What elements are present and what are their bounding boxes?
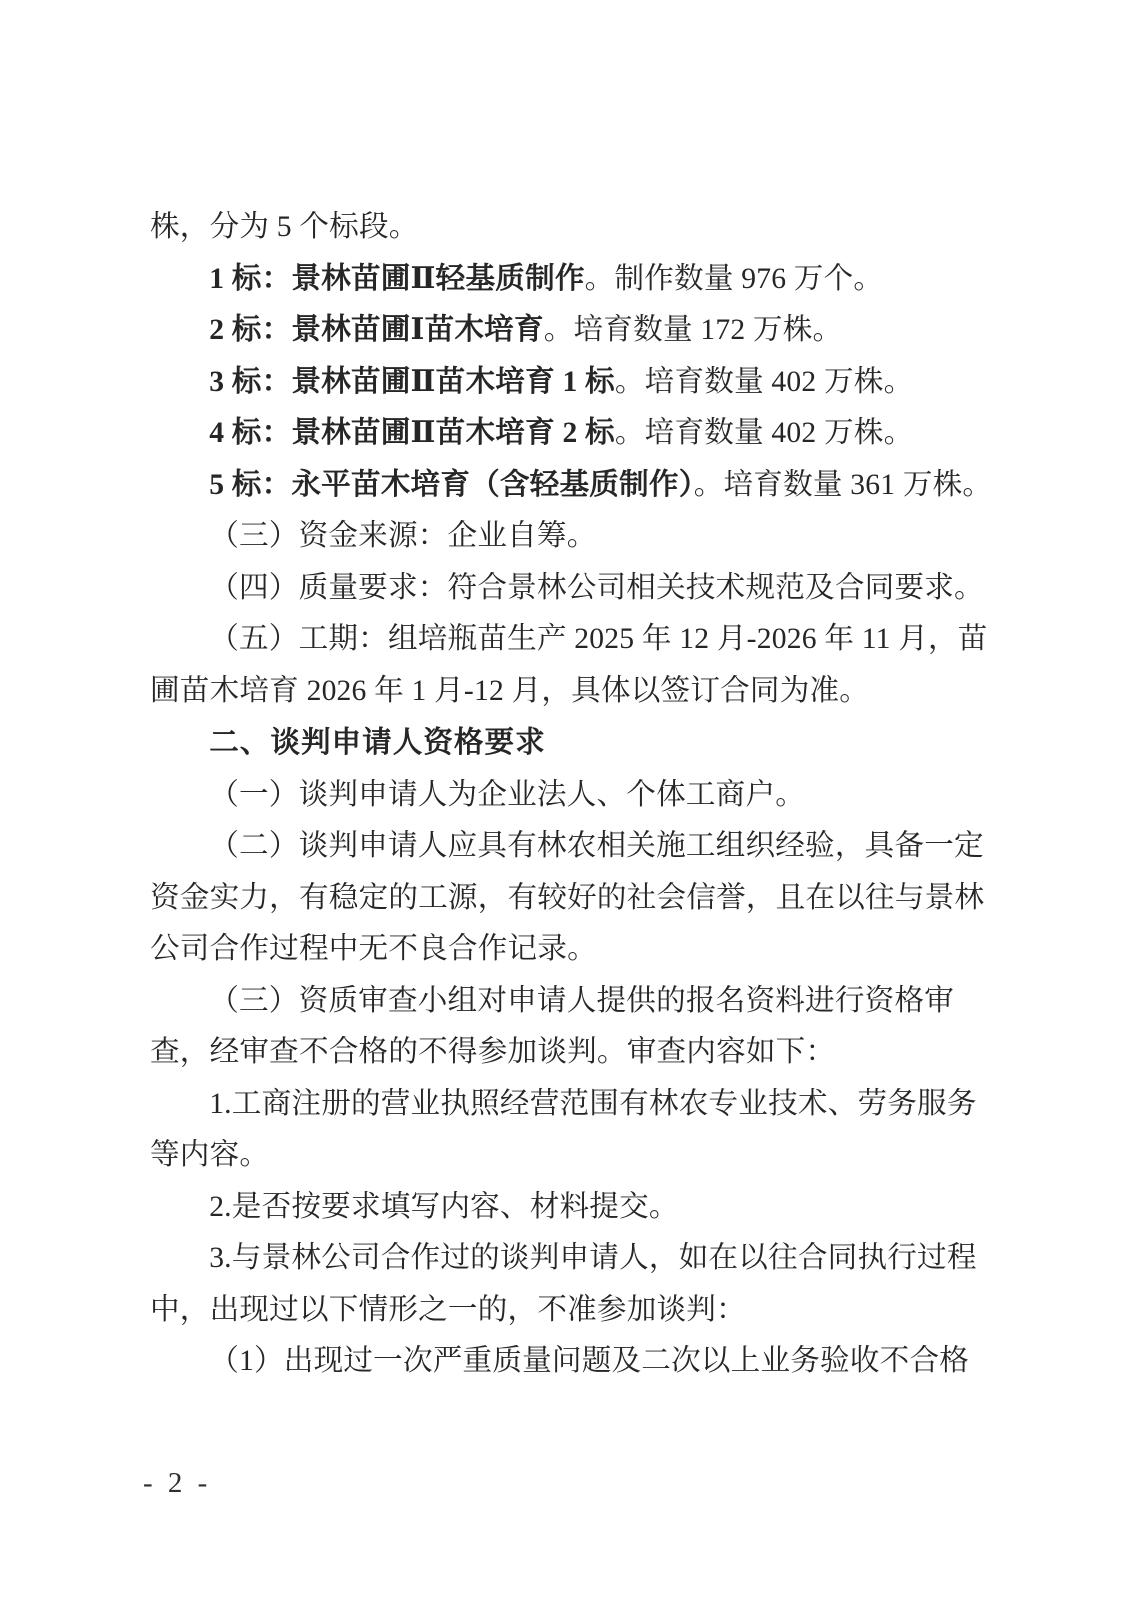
- text-line: （三）资质审查小组对申请人提供的报名资料进行资格审: [150, 976, 1030, 1028]
- text-line: 圃苗木培育 2026 年 1 月-12 月，具体以签订合同为准。: [150, 666, 1030, 718]
- text-line: 公司合作过程中无不良合作记录。: [150, 924, 1030, 976]
- text-line: 资金实力，有稳定的工源，有较好的社会信誉，且在以往与景林: [150, 873, 1030, 925]
- text-line: （三）资金来源：企业自筹。: [150, 511, 1030, 563]
- section-heading: 二、谈判申请人资格要求: [150, 717, 1030, 770]
- text-line: 查，经审查不合格的不得参加谈判。审查内容如下：: [150, 1027, 1030, 1079]
- text-line: （二）谈判申请人应具有林农相关施工组织经验，具备一定: [150, 821, 1030, 873]
- page-number: - 2 -: [143, 1466, 211, 1500]
- lot-item-3: 3 标：景林苗圃Ⅱ苗木培育 1 标。培育数量 402 万株。: [150, 357, 1030, 409]
- text-line: 3.与景林公司合作过的谈判申请人，如在以往合同执行过程: [150, 1233, 1030, 1285]
- text-line: 株，分为 5 个标段。: [150, 202, 1030, 254]
- text-line: （1）出现过一次严重质量问题及二次以上业务验收不合格: [150, 1336, 1030, 1388]
- text-line: （五）工期：组培瓶苗生产 2025 年 12 月-2026 年 11 月，苗: [150, 614, 1030, 666]
- text-line: （一）谈判申请人为企业法人、个体工商户。: [150, 770, 1030, 822]
- lot-item-4: 4 标：景林苗圃Ⅱ苗木培育 2 标。培育数量 402 万株。: [150, 408, 1030, 460]
- text-line: 中，出现过以下情形之一的，不准参加谈判：: [150, 1285, 1030, 1337]
- text-line: 等内容。: [150, 1130, 1030, 1182]
- lot-item-5: 5 标：永平苗木培育（含轻基质制作）。培育数量 361 万株。: [150, 460, 1030, 512]
- lot-item-2: 2 标：景林苗圃Ⅰ苗木培育。培育数量 172 万株。: [150, 305, 1030, 357]
- text-line: （四）质量要求：符合景林公司相关技术规范及合同要求。: [150, 563, 1030, 615]
- document-page: 株，分为 5 个标段。 1 标：景林苗圃Ⅱ轻基质制作。制作数量 976 万个。 …: [150, 202, 1030, 1388]
- text-line: 1.工商注册的营业执照经营范围有林农专业技术、劳务服务: [150, 1079, 1030, 1131]
- lot-item-1: 1 标：景林苗圃Ⅱ轻基质制作。制作数量 976 万个。: [150, 254, 1030, 306]
- text-line: 2.是否按要求填写内容、材料提交。: [150, 1182, 1030, 1234]
